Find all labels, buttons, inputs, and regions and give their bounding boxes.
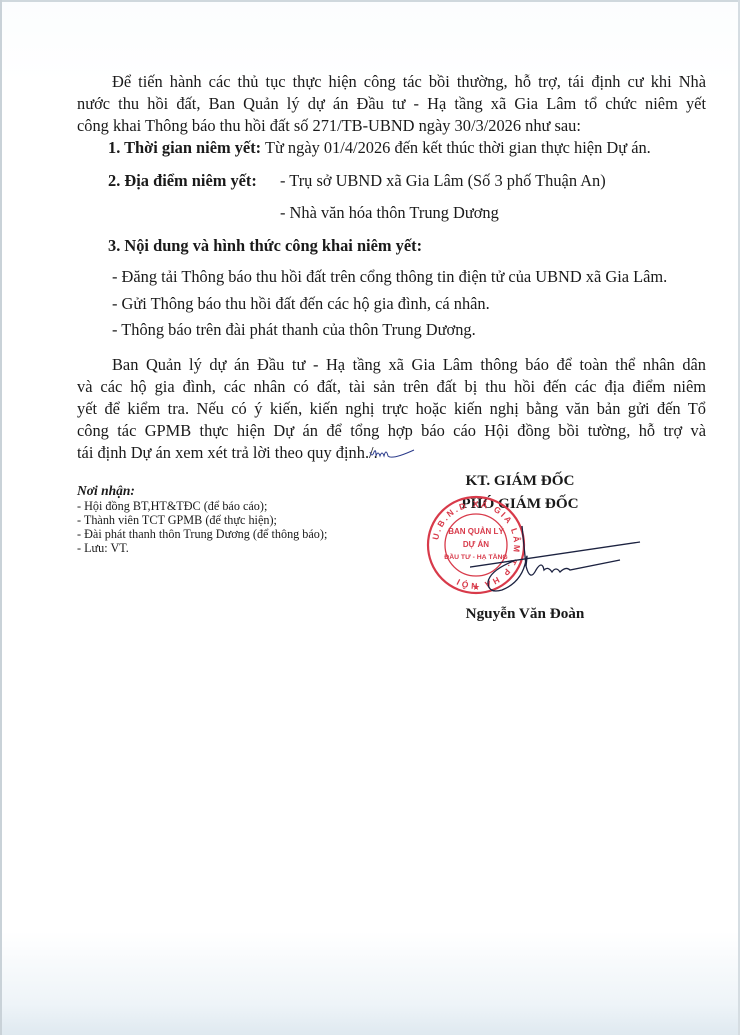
section-content-heading: 3. Nội dung và hình thức công khai niêm … <box>108 236 422 256</box>
signer-title-1: KT. GIÁM ĐỐC <box>440 471 600 491</box>
location-item-2: - Nhà văn hóa thôn Trung Dương <box>280 203 499 223</box>
content-item-1: - Đăng tải Thông báo thu hồi đất trên cổ… <box>112 267 667 287</box>
closing-line-5: tái định Dự án xem xét trả lời theo quy … <box>77 443 378 463</box>
section-time: 1. Thời gian niêm yết: Từ ngày 01/4/2026… <box>108 138 651 158</box>
section-time-text: Từ ngày 01/4/2026 đến kết thúc thời gian… <box>265 138 651 157</box>
section-time-heading: 1. Thời gian niêm yết: <box>108 138 261 157</box>
closing-line-1: Ban Quản lý dự án Đầu tư - Hạ tầng xã Gi… <box>112 355 706 375</box>
content-item-3: - Thông báo trên đài phát thanh của thôn… <box>112 320 476 340</box>
closing-line-3: yết để kiểm tra. Nếu có ý kiến, kiến ngh… <box>77 399 706 419</box>
section-location-heading: 2. Địa điểm niêm yết: <box>108 171 257 191</box>
signer-name: Nguyễn Văn Đoàn <box>440 604 610 624</box>
document-page: Để tiến hành các thủ tục thực hiện công … <box>0 0 740 1035</box>
recipient-item-3: - Đài phát thanh thôn Trung Dương (để th… <box>77 527 327 542</box>
recipient-item-4: - Lưu: VT. <box>77 541 129 556</box>
closing-line-4: công tác GPMB thực hiện Dự án để tổng hợ… <box>77 421 706 441</box>
initial-mark-icon <box>368 446 418 462</box>
recipient-item-1: - Hội đồng BT,HT&TĐC (để báo cáo); <box>77 499 267 514</box>
intro-line-3: công khai Thông báo thu hồi đất số 271/T… <box>77 116 581 136</box>
closing-line-2: và các hộ gia đình, các nhân có đất, tài… <box>77 377 706 397</box>
location-item-1: - Trụ sở UBND xã Gia Lâm (Số 3 phố Thuận… <box>280 171 606 191</box>
intro-line-2: nước thu hồi đất, Ban Quản lý dự án Đầu … <box>77 94 706 114</box>
recipients-title: Nơi nhận: <box>77 481 135 501</box>
recipient-item-2: - Thành viên TCT GPMB (để thực hiện); <box>77 513 277 528</box>
signature-icon <box>470 520 645 595</box>
content-item-2: - Gửi Thông báo thu hồi đất đến các hộ g… <box>112 294 490 314</box>
intro-line-1: Để tiến hành các thủ tục thực hiện công … <box>112 72 706 92</box>
